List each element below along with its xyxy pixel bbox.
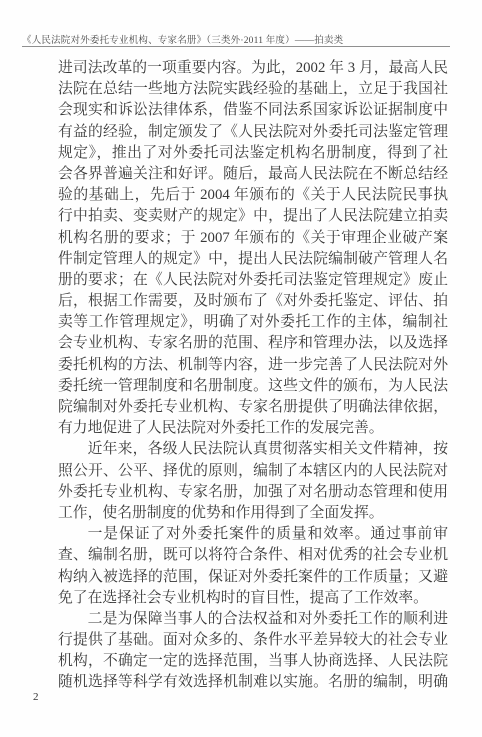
text-line: 卖等工作管理规定》，明确了对外委托工作的主体，编制社: [58, 312, 448, 333]
text-line: 外委托专业机构、专家名册，加强了对名册动态管理和使用: [58, 482, 448, 503]
text-line: 一是保证了对外委托案件的质量和效率。通过事前审: [58, 524, 448, 545]
text-line: 验的基础上，先后于 2004 年颁布的《关于人民法院民事执: [58, 185, 448, 206]
text-line: 机构名册的要求；于 2007 年颁布的《关于审理企业破产案: [58, 228, 448, 249]
text-line: 近年来，各级人民法院认真贯彻落实相关文件精神，按: [58, 439, 448, 460]
text-line: 委托机构的方法、机制等内容，进一步完善了人民法院对外: [58, 355, 448, 376]
header-divider: [22, 46, 450, 47]
body-text: 进司法改革的一项重要内容。为此，2002 年 3 月，最高人民法院在总结一些地方…: [58, 58, 448, 694]
text-line: 会专业机构、专家名册的范围、程序和管理办法，以及选择: [58, 333, 448, 354]
text-line: 件制定管理人的规定》中，提出人民法院编制破产管理人名: [58, 249, 448, 270]
document-page: 《人民法院对外委托专业机构、专家名册》（三类外·2011 年度）——拍卖类 进司…: [0, 0, 482, 737]
header-title: 《人民法院对外委托专业机构、专家名册》（三类外·2011 年度）——拍卖类: [22, 36, 343, 46]
text-line: 进司法改革的一项重要内容。为此，2002 年 3 月，最高人民: [58, 58, 448, 79]
text-line: 委托统一管理制度和名册制度。这些文件的颁布，为人民法: [58, 376, 448, 397]
text-line: 机构，不确定一定的选择范围，当事人协商选择、人民法院: [58, 651, 448, 672]
text-line: 有力地促进了人民法院对外委托工作的发展完善。: [58, 418, 448, 439]
text-line: 构纳入被选择的范围，保证对外委托案件的工作质量；又避: [58, 567, 448, 588]
text-line: 行提供了基础。面对众多的、条件水平差异较大的社会专业: [58, 630, 448, 651]
text-line: 会现实和诉讼法律体系，借鉴不同法系国家诉讼证据制度中: [58, 100, 448, 121]
page-header: 《人民法院对外委托专业机构、专家名册》（三类外·2011 年度）——拍卖类: [22, 32, 452, 46]
text-line: 院编制对外委托专业机构、专家名册提供了明确法律依据，: [58, 397, 448, 418]
page-number: 2: [33, 691, 39, 703]
text-line: 法院在总结一些地方法院实践经验的基础上，立足于我国社: [58, 79, 448, 100]
text-line: 免了在选择社会专业机构时的盲目性，提高了工作效率。: [58, 588, 448, 609]
text-line: 二是为保障当事人的合法权益和对外委托工作的顺利进: [58, 609, 448, 630]
text-line: 规定》，推出了对外委托司法鉴定机构名册制度，得到了社: [58, 143, 448, 164]
text-line: 有益的经验，制定颁发了《人民法院对外委托司法鉴定管理: [58, 122, 448, 143]
text-line: 行中拍卖、变卖财产的规定》中，提出了人民法院建立拍卖: [58, 206, 448, 227]
text-line: 会各界普遍关注和好评。随后，最高人民法院在不断总结经: [58, 164, 448, 185]
text-line: 查、编制名册，既可以将符合条件、相对优秀的社会专业机: [58, 545, 448, 566]
text-line: 后，根据工作需要，及时颁布了《对外委托鉴定、评估、拍: [58, 291, 448, 312]
text-line: 册的要求；在《人民法院对外委托司法鉴定管理规定》废止: [58, 270, 448, 291]
text-line: 工作，使名册制度的优势和作用得到了全面发挥。: [58, 503, 448, 524]
text-line: 随机选择等科学有效选择机制难以实施。名册的编制，明确: [58, 672, 448, 693]
text-line: 照公开、公平、择优的原则，编制了本辖区内的人民法院对: [58, 461, 448, 482]
